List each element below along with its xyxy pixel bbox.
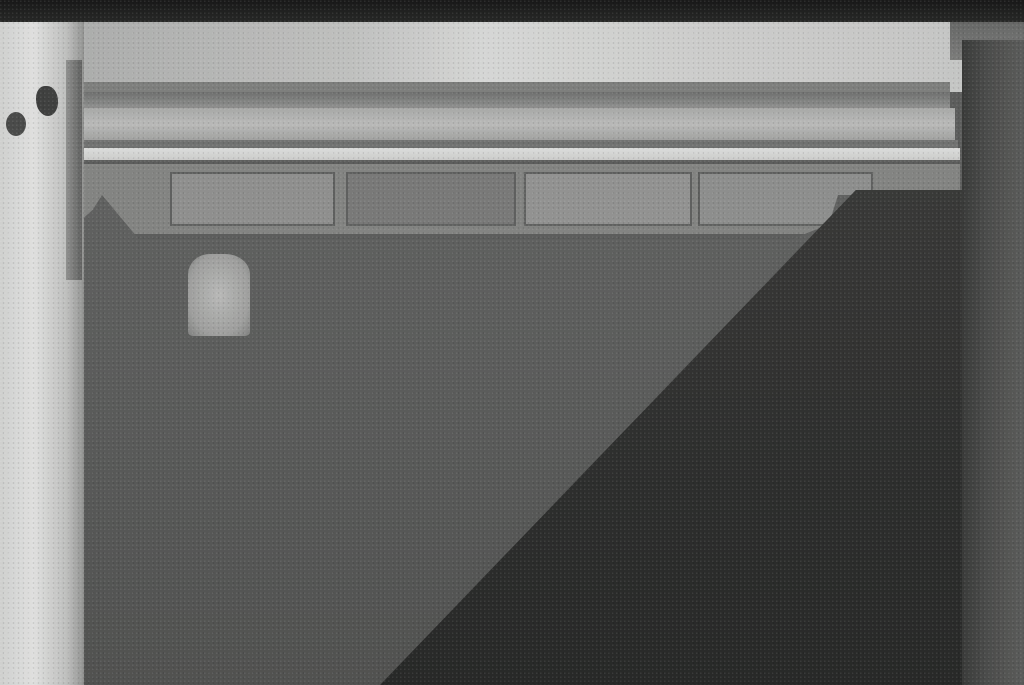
upper-plaster-band <box>84 16 974 92</box>
frieze-panel <box>524 172 692 226</box>
wall-niche <box>188 254 250 336</box>
cornice-moulding <box>80 92 950 108</box>
frieze-panel <box>170 172 335 226</box>
wall-photograph <box>0 0 1024 685</box>
cornice-moulding <box>80 108 955 140</box>
left-pilaster-edge <box>66 60 82 280</box>
frieze-panel <box>346 172 516 226</box>
cornice-moulding <box>80 82 950 92</box>
plaster-damage <box>36 86 58 116</box>
cornice-moulding <box>80 140 958 148</box>
lintel <box>0 0 1024 22</box>
right-pilaster <box>962 40 1024 685</box>
plaster-damage <box>6 112 26 136</box>
